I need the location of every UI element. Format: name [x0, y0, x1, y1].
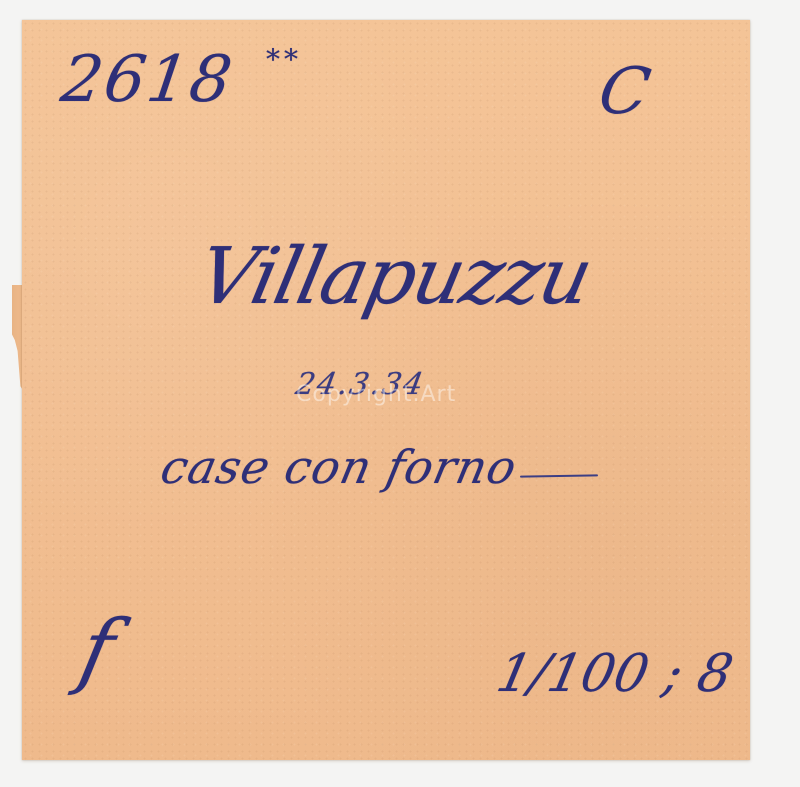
catalog-number: 2618: [58, 48, 238, 112]
catalog-stars-mark: **: [266, 46, 302, 74]
page: 2618 ** C Villapuzzu 24.3.34 Copyright.A…: [0, 0, 800, 787]
description: case con forno: [157, 444, 521, 490]
watermark: Copyright.Art: [296, 382, 456, 407]
place-name: Villapuzzu: [192, 238, 597, 316]
scale-annotation: 1/100 ; 8: [492, 648, 737, 700]
